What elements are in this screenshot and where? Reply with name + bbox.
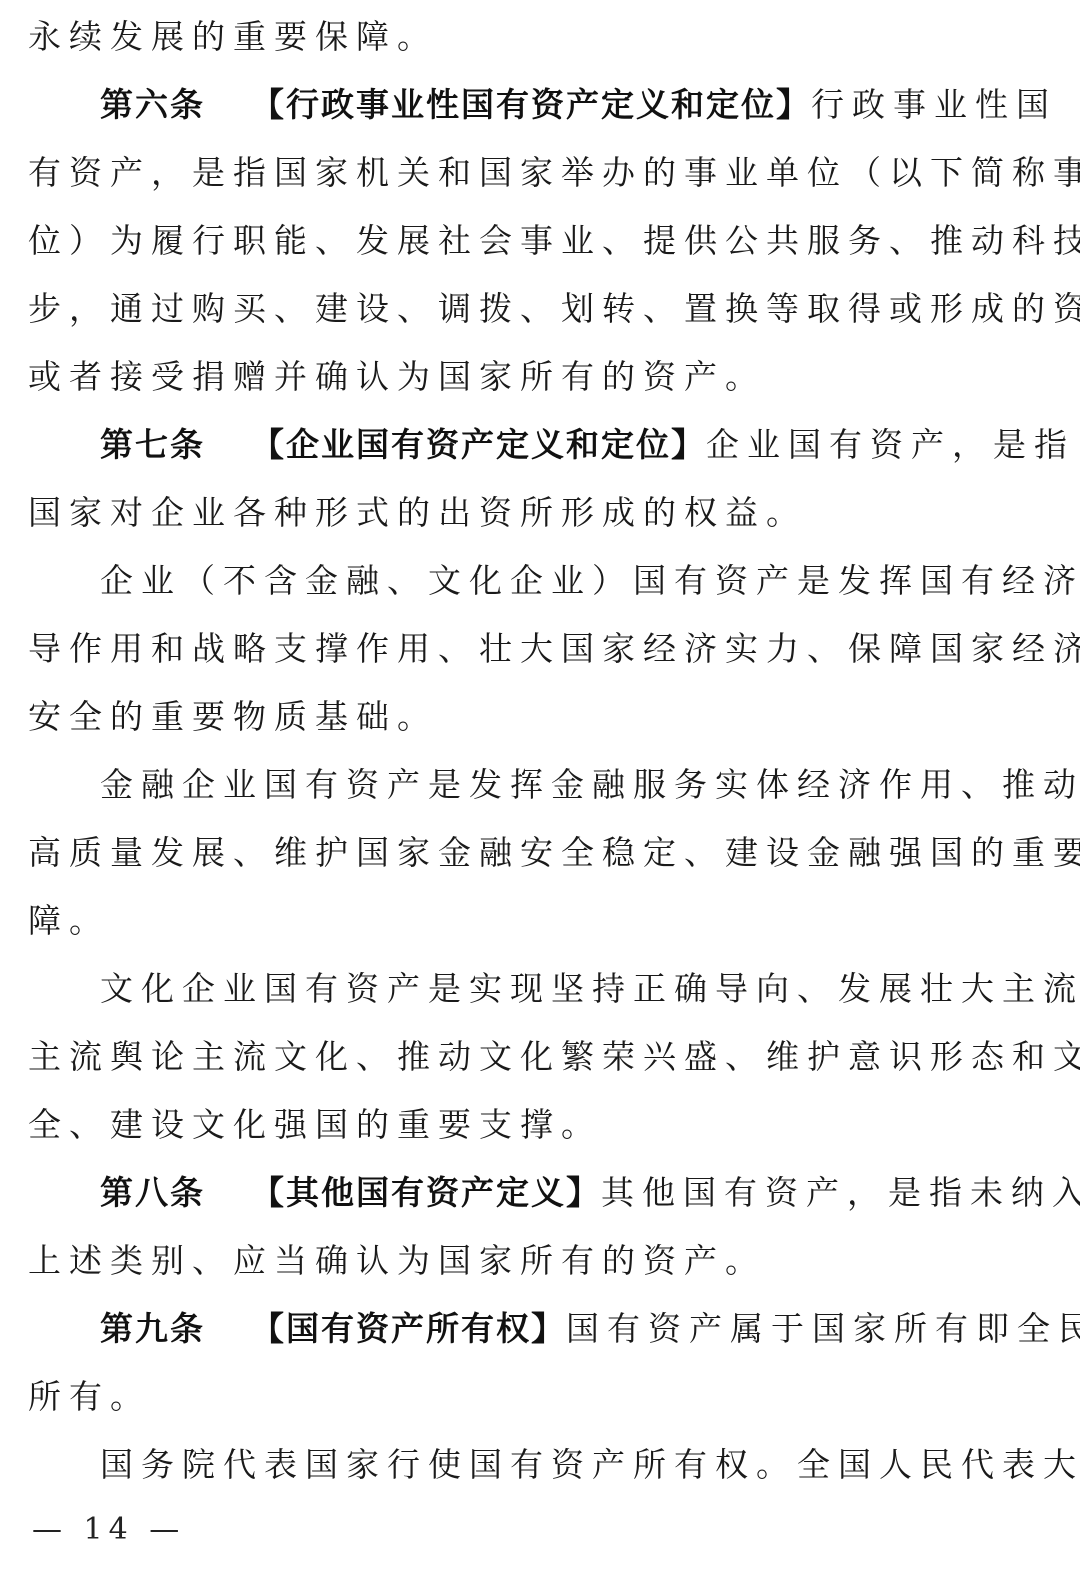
paragraph-line: 主流舆论主流文化、推动文化繁荣兴盛、维护意识形态和文化安 (28, 1034, 1038, 1080)
line-text: 或者接受捐赠并确认为国家所有的资产。 (28, 357, 766, 396)
article-number: 第七条 (100, 425, 205, 464)
line-text: 全、建设文化强国的重要支撑。 (28, 1105, 602, 1144)
line-text: 位）为履行职能、发展社会事业、提供公共服务、推动科技进 (28, 221, 1080, 260)
line-text: 国有资产属于国家所有即全民 (566, 1309, 1080, 1348)
line-text: 障。 (28, 901, 110, 940)
line-text: 安全的重要物质基础。 (28, 697, 438, 736)
paragraph-line: 步，通过购买、建设、调拨、划转、置换等取得或形成的资产， (28, 286, 1038, 332)
paragraph-line: 高质量发展、维护国家金融安全稳定、建设金融强国的重要保 (28, 830, 1038, 876)
line-text: 企业（不含金融、文化企业）国有资产是发挥国有经济的主 (100, 561, 1080, 600)
article-8-heading-line: 第八条【其他国有资产定义】其他国有资产，是指未纳入 (100, 1170, 1038, 1216)
page-number: — 14 — (32, 1510, 185, 1550)
article-title: 【其他国有资产定义】 (251, 1173, 601, 1212)
paragraph-line: 文化企业国有资产是实现坚持正确导向、发展壮大主流价值 (100, 966, 1038, 1012)
line-text: 金融企业国有资产是发挥金融服务实体经济作用、推动金融 (100, 765, 1080, 804)
paragraph-line: 所有。 (28, 1374, 1038, 1420)
article-7-heading-line: 第七条【企业国有资产定义和定位】企业国有资产，是指 (100, 422, 1038, 468)
line-text: 国家对企业各种形式的出资所形成的权益。 (28, 493, 807, 532)
paragraph-line: 国务院代表国家行使国有资产所有权。全国人民代表大会及 (100, 1442, 1038, 1488)
paragraph-line: 金融企业国有资产是发挥金融服务实体经济作用、推动金融 (100, 762, 1038, 808)
article-6-heading-line: 第六条【行政事业性国有资产定义和定位】行政事业性国 (100, 82, 1038, 128)
article-number: 第九条 (100, 1309, 205, 1348)
paragraph-line: 或者接受捐赠并确认为国家所有的资产。 (28, 354, 1038, 400)
paragraph-line: 企业（不含金融、文化企业）国有资产是发挥国有经济的主 (100, 558, 1038, 604)
article-number: 第六条 (100, 85, 205, 124)
paragraph-line: 永续发展的重要保障。 (28, 14, 1038, 60)
line-text: 行政事业性国 (811, 85, 1057, 124)
paragraph-line: 上述类别、应当确认为国家所有的资产。 (28, 1238, 1038, 1284)
line-text: 其他国有资产，是指未纳入 (601, 1173, 1080, 1212)
line-text: 永续发展的重要保障。 (28, 17, 438, 56)
paragraph-line: 全、建设文化强国的重要支撑。 (28, 1102, 1038, 1148)
line-text: 所有。 (28, 1377, 151, 1416)
line-text: 上述类别、应当确认为国家所有的资产。 (28, 1241, 766, 1280)
article-title: 【国有资产所有权】 (251, 1309, 566, 1348)
article-9-heading-line: 第九条【国有资产所有权】国有资产属于国家所有即全民 (100, 1306, 1038, 1352)
article-title: 【行政事业性国有资产定义和定位】 (251, 85, 811, 124)
paragraph-line: 有资产，是指国家机关和国家举办的事业单位（以下简称事业单 (28, 150, 1038, 196)
line-text: 主流舆论主流文化、推动文化繁荣兴盛、维护意识形态和文化安 (28, 1037, 1080, 1076)
article-number: 第八条 (100, 1173, 205, 1212)
line-text: 文化企业国有资产是实现坚持正确导向、发展壮大主流价值 (100, 969, 1080, 1008)
line-text: 有资产，是指国家机关和国家举办的事业单位（以下简称事业单 (28, 153, 1080, 192)
article-title: 【企业国有资产定义和定位】 (251, 425, 706, 464)
paragraph-line: 导作用和战略支撑作用、壮大国家经济实力、保障国家经济社会 (28, 626, 1038, 672)
line-text: 导作用和战略支撑作用、壮大国家经济实力、保障国家经济社会 (28, 629, 1080, 668)
paragraph-line: 障。 (28, 898, 1038, 944)
line-text: 国务院代表国家行使国有资产所有权。全国人民代表大会及 (100, 1445, 1080, 1484)
line-text: 高质量发展、维护国家金融安全稳定、建设金融强国的重要保 (28, 833, 1080, 872)
line-text: 步，通过购买、建设、调拨、划转、置换等取得或形成的资产， (28, 289, 1080, 328)
paragraph-line: 安全的重要物质基础。 (28, 694, 1038, 740)
paragraph-line: 国家对企业各种形式的出资所形成的权益。 (28, 490, 1038, 536)
line-text: 企业国有资产，是指 (706, 425, 1075, 464)
paragraph-line: 位）为履行职能、发展社会事业、提供公共服务、推动科技进 (28, 218, 1038, 264)
